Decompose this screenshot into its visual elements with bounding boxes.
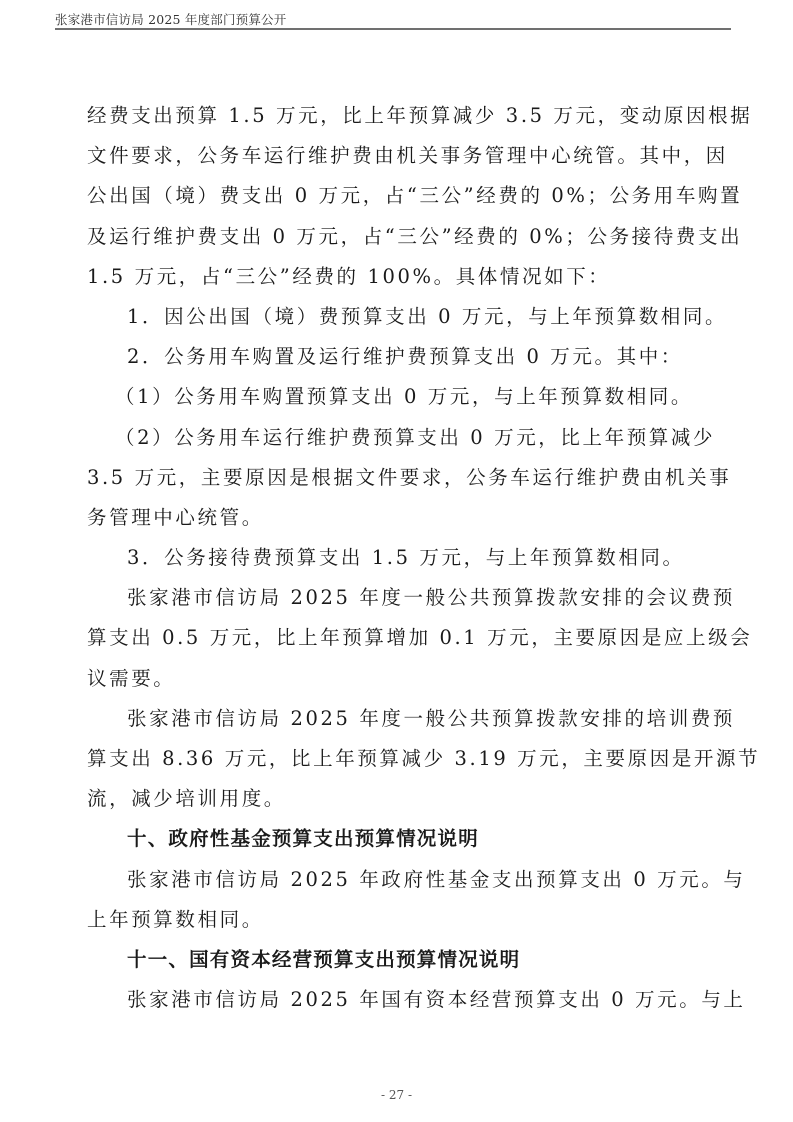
paragraph-line: 张家港市信访局 2025 年国有资本经营预算支出 0 万元。与上 — [87, 980, 711, 1020]
header-divider — [55, 28, 731, 30]
paragraph-line: 文件要求，公务车运行维护费由机关事务管理中心统管。其中，因 — [87, 136, 711, 176]
paragraph-line: 3.5 万元，主要原因是根据文件要求，公务车运行维护费由机关事 — [87, 458, 711, 498]
paragraph-line: 流，减少培训用度。 — [87, 779, 711, 819]
paragraph-line: 务管理中心统管。 — [87, 498, 711, 538]
paragraph-line: 1.5 万元，占“三公”经费的 100%。具体情况如下： — [87, 257, 711, 297]
paragraph-line: 张家港市信访局 2025 年政府性基金支出预算支出 0 万元。与 — [87, 860, 711, 900]
paragraph-line: 算支出 0.5 万元，比上年预算增加 0.1 万元，主要原因是应上级会 — [87, 618, 711, 658]
list-item-2: 2．公务用车购置及运行维护费预算支出 0 万元。其中： — [87, 337, 711, 377]
sub-item-1: （1）公务用车购置预算支出 0 万元，与上年预算数相同。 — [87, 377, 711, 417]
sub-item-2: （2）公务用车运行维护费预算支出 0 万元，比上年预算减少 — [87, 418, 711, 458]
paragraph-line: 及运行维护费支出 0 万元，占“三公”经费的 0%；公务接待费支出 — [87, 217, 711, 257]
paragraph-line: 算支出 8.36 万元，比上年预算减少 3.19 万元，主要原因是开源节 — [87, 739, 711, 779]
page-header: 张家港市信访局 2025 年度部门预算公开 — [55, 11, 731, 29]
section-heading-11: 十一、国有资本经营预算支出预算情况说明 — [87, 940, 711, 980]
paragraph-line: 公出国（境）费支出 0 万元，占“三公”经费的 0%；公务用车购置 — [87, 176, 711, 216]
paragraph-line: 经费支出预算 1.5 万元，比上年预算减少 3.5 万元，变动原因根据 — [87, 96, 711, 136]
page-number: - 27 - — [0, 1088, 793, 1102]
list-item-3: 3．公务接待费预算支出 1.5 万元，与上年预算数相同。 — [87, 538, 711, 578]
paragraph-line: 张家港市信访局 2025 年度一般公共预算拨款安排的会议费预 — [87, 578, 711, 618]
paragraph-line: 议需要。 — [87, 659, 711, 699]
list-item-1: 1．因公出国（境）费预算支出 0 万元，与上年预算数相同。 — [87, 297, 711, 337]
paragraph-line: 上年预算数相同。 — [87, 900, 711, 940]
document-body: 经费支出预算 1.5 万元，比上年预算减少 3.5 万元，变动原因根据 文件要求… — [87, 96, 711, 1020]
section-heading-10: 十、政府性基金预算支出预算情况说明 — [87, 819, 711, 859]
paragraph-line: 张家港市信访局 2025 年度一般公共预算拨款安排的培训费预 — [87, 699, 711, 739]
